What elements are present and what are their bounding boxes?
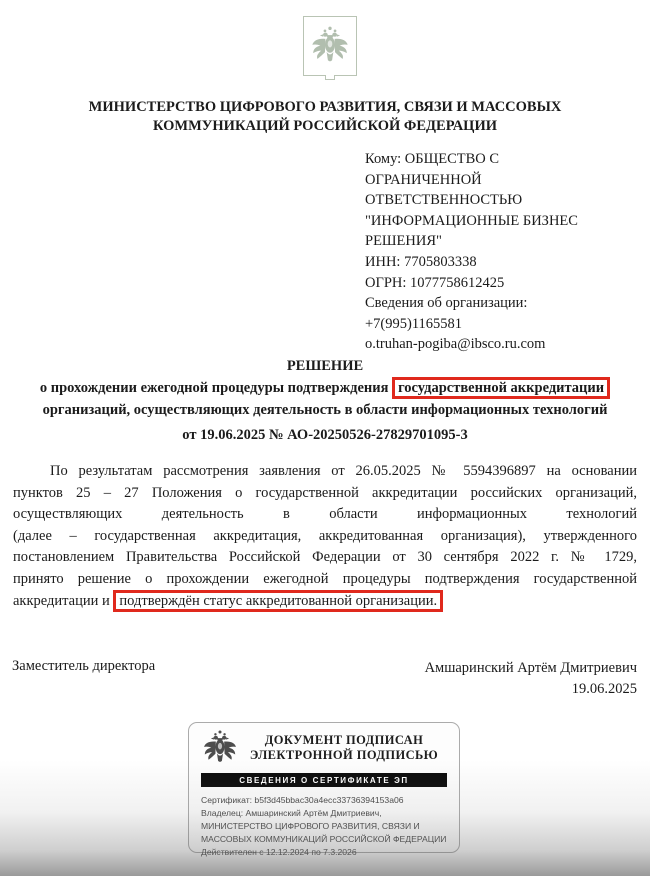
decision-subtitle-line3: организаций, осуществляющих деятельность… [13,399,637,421]
certificate-number: Сертификат: b5f3d45bbac30a4ecc3373639415… [201,794,447,807]
stamp-coat-of-arms-icon [201,729,239,767]
recipient-line: Кому: ОБЩЕСТВО С [365,149,637,170]
certificate-owner: Владелец: Амшаринский Артём Дмитриевич, … [201,807,447,846]
decision-number-line: от 19.06.2025 № АО-20250526-27829701095-… [13,427,637,444]
body-line: (далее – государственная аккредитация, а… [13,526,637,548]
recipient-block: Кому: ОБЩЕСТВО С ОГРАНИЧЕННОЙ ОТВЕТСТВЕН… [365,149,637,355]
recipient-line: ОГРАНИЧЕННОЙ [365,170,637,191]
recipient-phone: +7(995)1165581 [365,314,637,335]
body-line: принято решение о прохождении ежегодной … [13,569,637,591]
signatory-name: Амшаринский Артём Дмитриевич [425,658,637,679]
recipient-line: "ИНФОРМАЦИОННЫЕ БИЗНЕС [365,211,637,232]
body-line: постановлением Правительства Российской … [13,547,637,569]
stamp-title-line1: ДОКУМЕНТ ПОДПИСАН [239,733,449,748]
coat-of-arms-box [303,16,357,76]
recipient-inn: ИНН: 7705803338 [365,252,637,273]
body-line: осуществляющих деятельность в области ин… [13,504,637,526]
body-line: По результатам рассмотрения заявления от… [13,461,637,483]
decision-heading: РЕШЕНИЕ [13,355,637,377]
body-line: пунктов 25 – 27 Положения о государствен… [13,483,637,505]
electronic-signature-stamp: ДОКУМЕНТ ПОДПИСАН ЭЛЕКТРОННОЙ ПОДПИСЬЮ С… [188,722,460,853]
highlight-box-accreditation: государственной аккредитации [392,377,610,399]
stamp-header-row: ДОКУМЕНТ ПОДПИСАН ЭЛЕКТРОННОЙ ПОДПИСЬЮ [189,723,459,770]
stamp-title: ДОКУМЕНТ ПОДПИСАН ЭЛЕКТРОННОЙ ПОДПИСЬЮ [239,733,449,763]
russian-coat-of-arms-icon [309,22,351,70]
body-last-line-prefix: аккредитации и [13,593,113,609]
signature-date: 19.06.2025 [425,679,637,700]
subtitle-prefix: о прохождении ежегодной процедуры подтве… [40,380,392,396]
decision-subtitle-line2: о прохождении ежегодной процедуры подтве… [13,377,637,399]
certificate-validity: Действителен с 12.12.2024 по 7.3.2026 [201,846,447,859]
signatory-position: Заместитель директора [12,658,155,675]
highlight-box-status-confirmed: подтверждён статус аккредитованной орган… [113,590,443,612]
stamp-title-line2: ЭЛЕКТРОННОЙ ПОДПИСЬЮ [239,748,449,763]
recipient-line: ОТВЕТСТВЕННОСТЬЮ [365,190,637,211]
recipient-email: o.truhan-pogiba@ibsco.ru.com [365,334,637,355]
ministry-name: МИНИСТЕРСТВО ЦИФРОВОГО РАЗВИТИЯ, СВЯЗИ И… [45,98,605,136]
decision-title: РЕШЕНИЕ о прохождении ежегодной процедур… [13,355,637,421]
body-last-line: аккредитации и подтверждён статус аккред… [13,591,637,613]
recipient-line: РЕШЕНИЯ" [365,231,637,252]
ministry-name-line2: КОММУНИКАЦИЙ РОССИЙСКОЙ ФЕДЕРАЦИИ [45,117,605,136]
certificate-info-bar: СВЕДЕНИЯ О СЕРТИФИКАТЕ ЭП [201,773,447,787]
decision-document: МИНИСТЕРСТВО ЦИФРОВОГО РАЗВИТИЯ, СВЯЗИ И… [0,0,650,876]
signature-block: Амшаринский Артём Дмитриевич 19.06.2025 [425,658,637,700]
body-paragraph: По результатам рассмотрения заявления от… [13,461,637,613]
recipient-info-label: Сведения об организации: [365,293,637,314]
ministry-name-line1: МИНИСТЕРСТВО ЦИФРОВОГО РАЗВИТИЯ, СВЯЗИ И… [45,98,605,117]
recipient-ogrn: ОГРН: 1077758612425 [365,273,637,294]
certificate-details: Сертификат: b5f3d45bbac30a4ecc3373639415… [189,787,459,859]
